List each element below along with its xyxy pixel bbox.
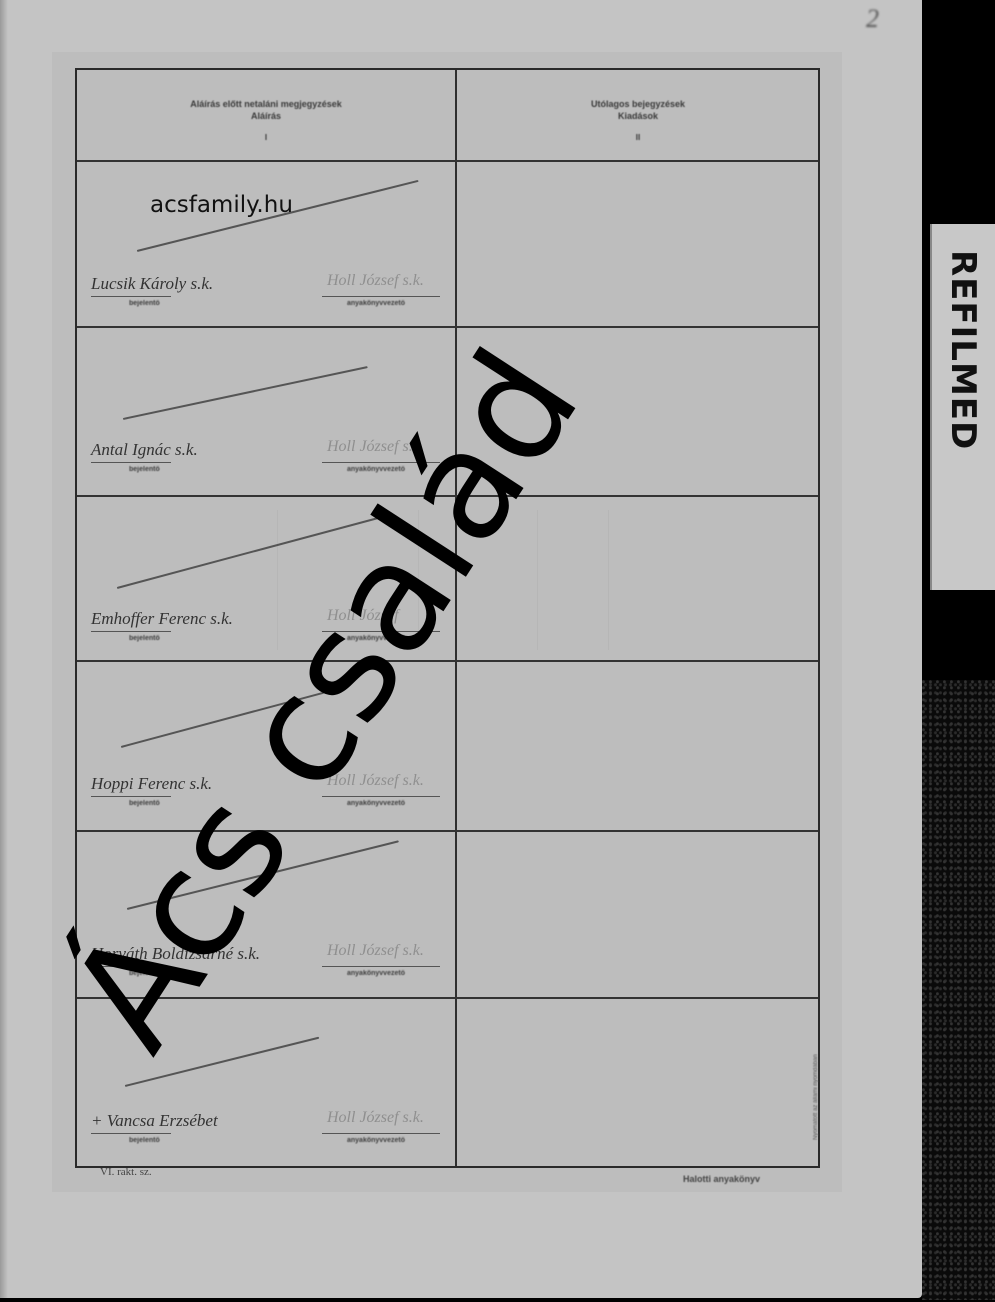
registrar-signature: Holl József s.k.: [327, 272, 424, 290]
signature-line: [322, 966, 440, 967]
header-left-subtitle: Aláírás: [77, 110, 455, 122]
signature-line: [91, 1133, 171, 1134]
signature-line: [322, 1133, 440, 1134]
film-edge-noise: [922, 680, 995, 1300]
form-number: VI. rakt. sz.: [100, 1166, 152, 1178]
declarant-signature: Antal Ignác s.k.: [91, 440, 198, 460]
declarant-caption: bejelentő: [129, 635, 160, 642]
bleed-through: [537, 510, 609, 650]
header-left-title: Aláírás előtt netaláni megjegyzések: [77, 98, 455, 110]
declarant-caption: bejelentő: [129, 1137, 160, 1144]
table-row: Lucsik Károly s.k.bejelentőHoll József s…: [77, 162, 455, 326]
page-edge: [0, 0, 8, 1298]
page-number: 2: [866, 4, 879, 34]
watermark-url: acsfamily.hu: [150, 192, 293, 218]
header-right-number: II: [457, 132, 819, 144]
signature-line: [91, 462, 171, 463]
registrar-signature: Holl József s.k.: [327, 1109, 424, 1127]
registrar-signature: Holl József s.k.: [327, 942, 424, 960]
registrar-caption: anyakönyvvezető: [347, 1137, 405, 1144]
printer-imprint: Nyomatott az állami nyomdában: [813, 960, 825, 1140]
declarant-caption: bejelentő: [129, 300, 160, 307]
registrar-caption: anyakönyvvezető: [347, 300, 405, 307]
header-left-number: I: [77, 132, 455, 144]
signature-line: [91, 296, 171, 297]
header-right-subtitle: Kiadások: [457, 110, 819, 122]
declarant-caption: bejelentő: [129, 466, 160, 473]
declarant-signature: + Vancsa Erzsébet: [91, 1111, 218, 1131]
header-left: Aláírás előtt netaláni megjegyzések Aláí…: [77, 70, 455, 162]
header-right-title: Utólagos bejegyzések: [457, 98, 819, 110]
header-right: Utólagos bejegyzések Kiadások II: [457, 70, 819, 162]
registrar-caption: anyakönyvvezető: [347, 970, 405, 977]
declarant-signature: Lucsik Károly s.k.: [91, 274, 213, 294]
register-type: Halotti anyakönyv: [683, 1174, 760, 1184]
declarant-signature: Emhoffer Ferenc s.k.: [91, 609, 233, 629]
signature-line: [91, 631, 171, 632]
film-label-text: REFILMED: [943, 250, 983, 450]
cancellation-stroke: [123, 366, 368, 420]
signature-line: [322, 296, 440, 297]
